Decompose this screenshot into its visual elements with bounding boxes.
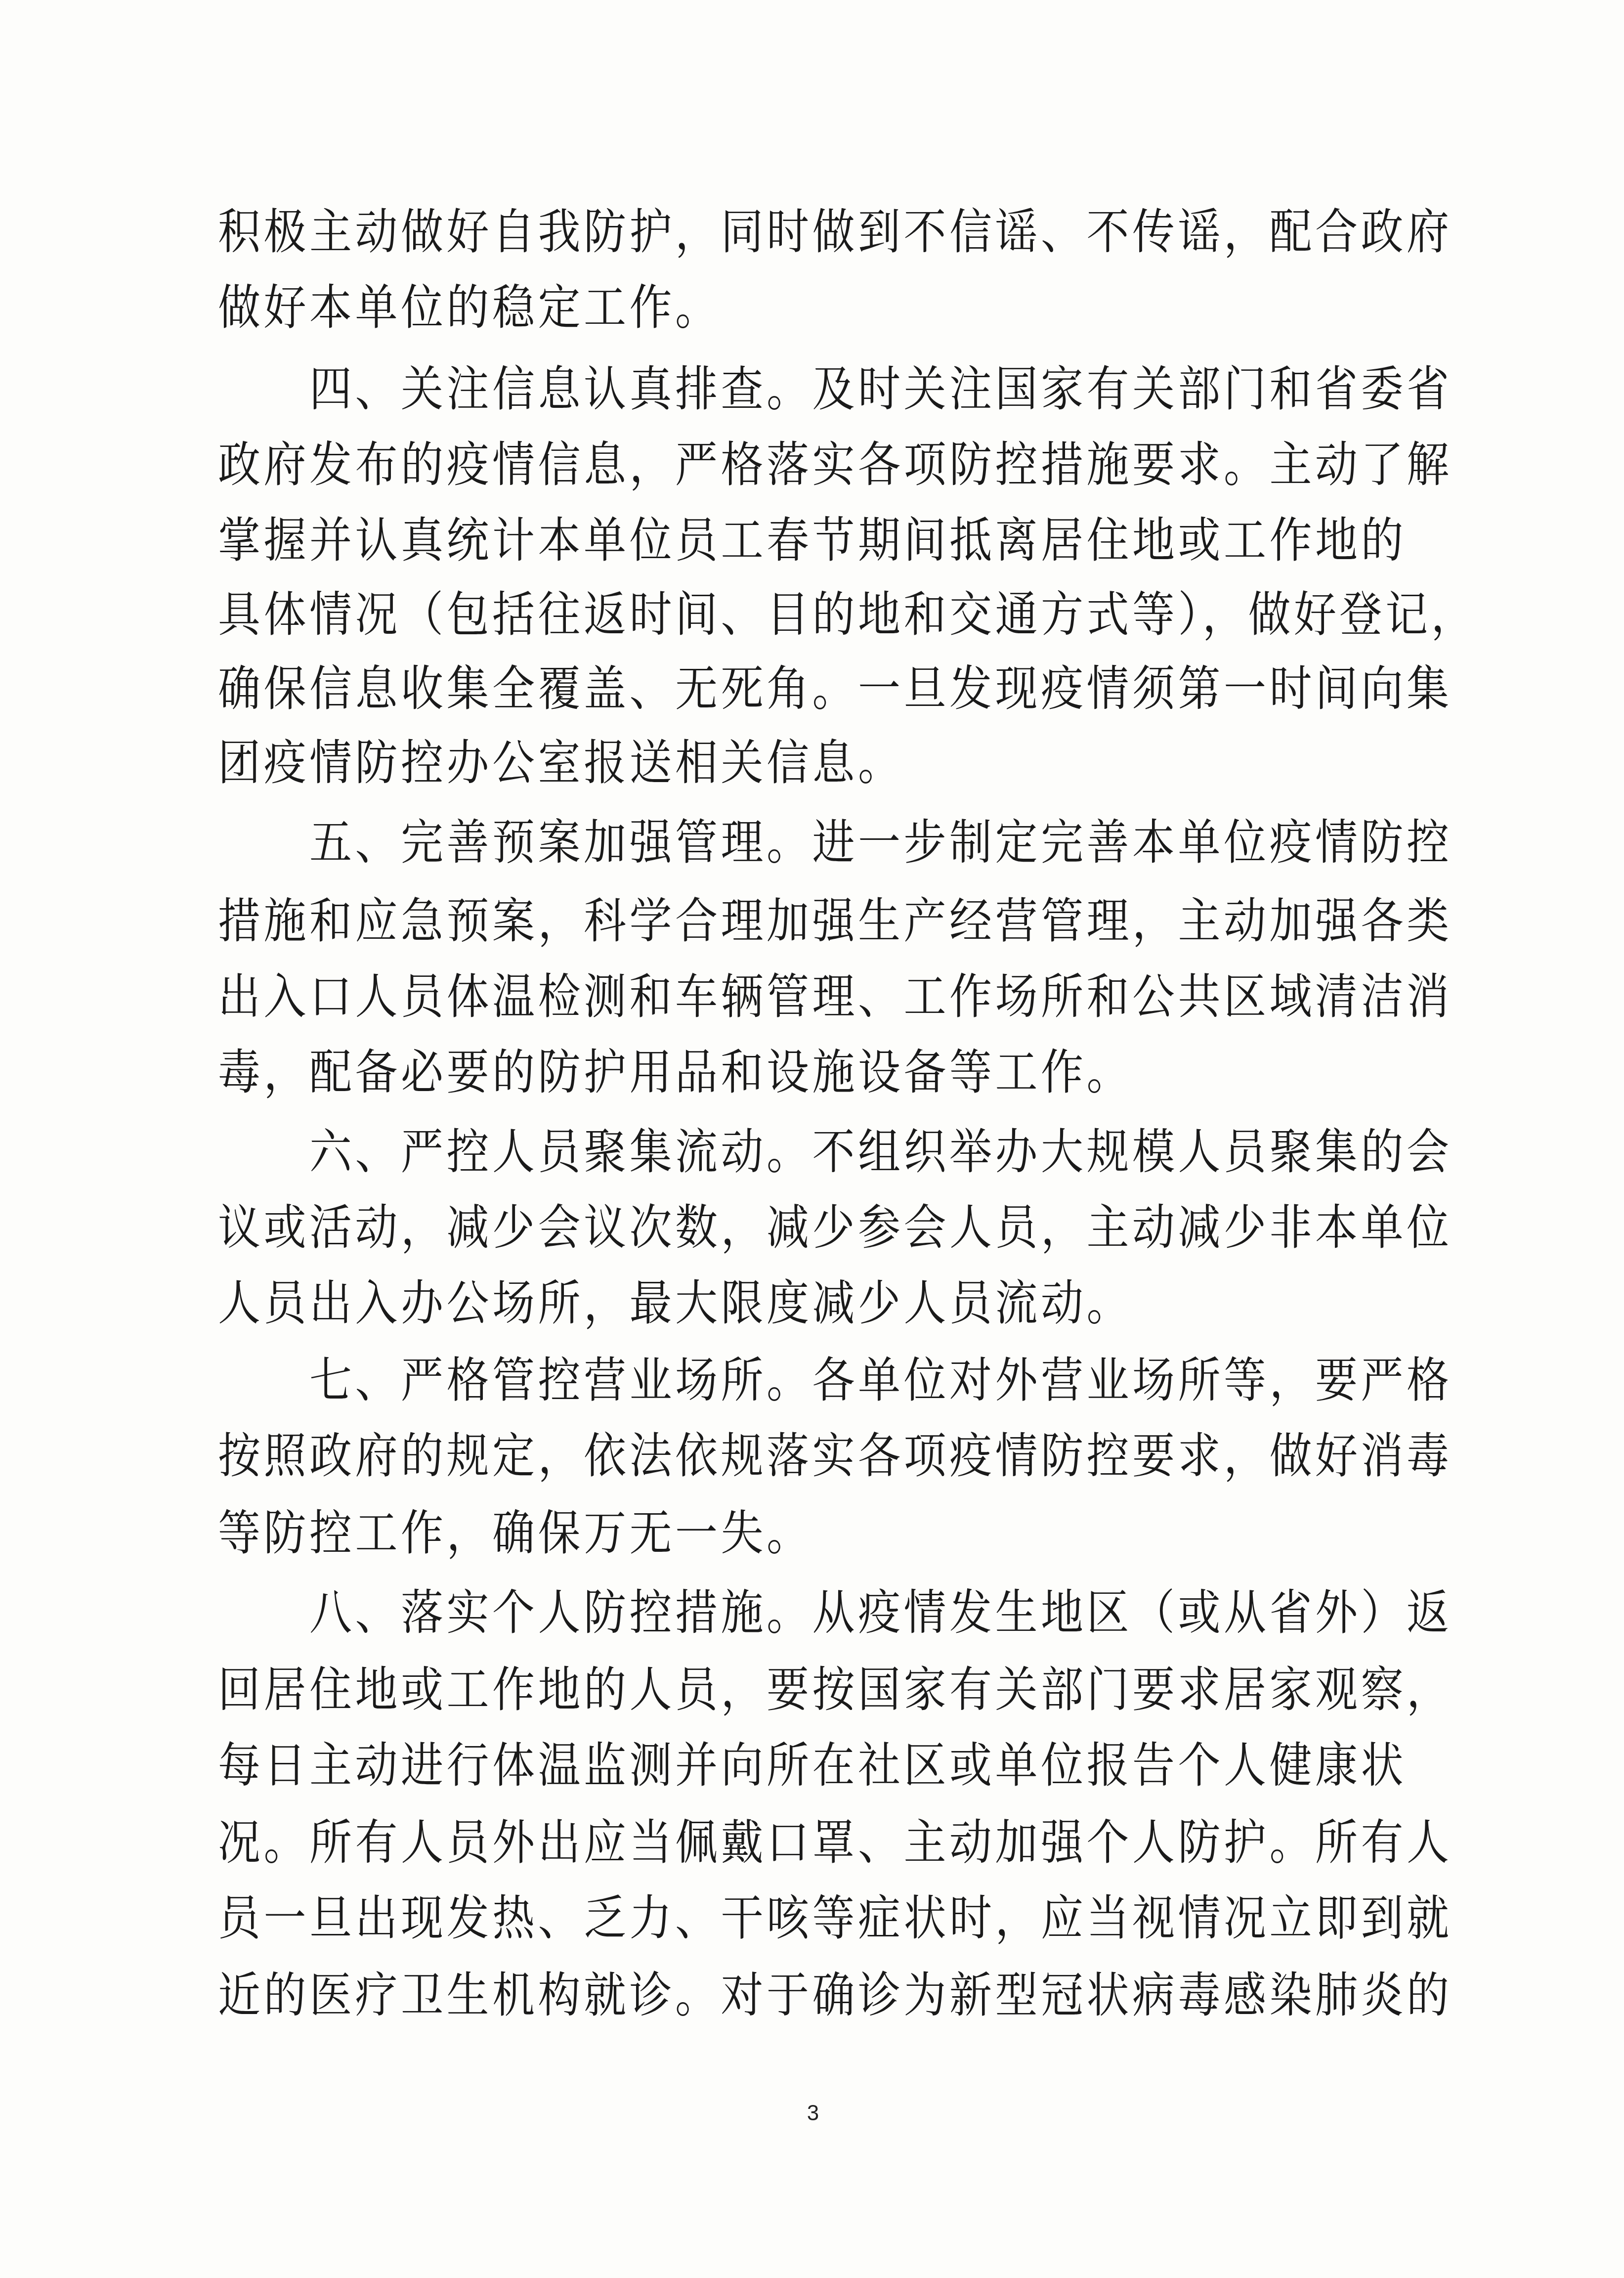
text-line: 具体情况（包括往返时间、目的地和交通方式等），做好登记， xyxy=(218,582,1411,648)
text-line: 措施和应急预案，科学合理加强生产经营管理，主动加强各类 xyxy=(218,888,1411,955)
paragraph-heading-line: 八、落实个人防控措施。从疫情发生地区（或从省外）返 xyxy=(218,1580,1411,1646)
text-line: 做好本单位的稳定工作。 xyxy=(218,275,1411,341)
paragraph-heading-line: 五、完善预案加强管理。进一步制定完善本单位疫情防控 xyxy=(218,810,1411,876)
text-line: 毒，配备必要的防护用品和设施设备等工作。 xyxy=(218,1040,1411,1106)
text-line: 议或活动，减少会议次数，减少参会人员，主动减少非本单位 xyxy=(218,1195,1411,1261)
text-line: 等防控工作，确保万无一失。 xyxy=(218,1500,1411,1567)
text-line: 按照政府的规定，依法依规落实各项疫情防控要求，做好消毒 xyxy=(218,1423,1411,1489)
paragraph-heading-line: 六、严控人员聚集流动。不组织举办大规模人员聚集的会 xyxy=(218,1119,1411,1185)
paragraph-heading-line: 七、严格管控营业场所。各单位对外营业场所等，要严格 xyxy=(218,1348,1411,1414)
text-line: 确保信息收集全覆盖、无死角。一旦发现疫情须第一时间向集 xyxy=(218,656,1411,722)
text-line: 政府发布的疫情信息，严格落实各项防控措施要求。主动了解 xyxy=(218,432,1411,498)
text-line: 每日主动进行体温监测并向所在社区或单位报告个人健康状 xyxy=(218,1733,1411,1799)
document-page: 积极主动做好自我防护，同时做到不信谣、不传谣，配合政府 做好本单位的稳定工作。 … xyxy=(0,0,1624,2278)
text-line: 回居住地或工作地的人员，要按国家有关部门要求居家观察， xyxy=(218,1657,1411,1723)
text-line: 况。所有人员外出应当佩戴口罩、主动加强个人防护。所有人 xyxy=(218,1810,1411,1876)
text-line: 近的医疗卫生机构就诊。对于确诊为新型冠状病毒感染肺炎的 xyxy=(218,1963,1411,2029)
text-line: 掌握并认真统计本单位员工春节期间抵离居住地或工作地的 xyxy=(218,508,1411,574)
paragraph-heading-line: 四、关注信息认真排查。及时关注国家有关部门和省委省 xyxy=(218,356,1411,423)
text-line: 团疫情防控办公室报送相关信息。 xyxy=(218,730,1411,796)
text-line: 出入口人员体温检测和车辆管理、工作场所和公共区域清洁消 xyxy=(218,964,1411,1030)
text-line: 积极主动做好自我防护，同时做到不信谣、不传谣，配合政府 xyxy=(218,199,1411,265)
text-line: 员一旦出现发热、乏力、干咳等症状时，应当视情况立即到就 xyxy=(218,1885,1411,1952)
page-number: 3 xyxy=(796,2101,830,2126)
text-line: 人员出入办公场所，最大限度减少人员流动。 xyxy=(218,1270,1411,1337)
